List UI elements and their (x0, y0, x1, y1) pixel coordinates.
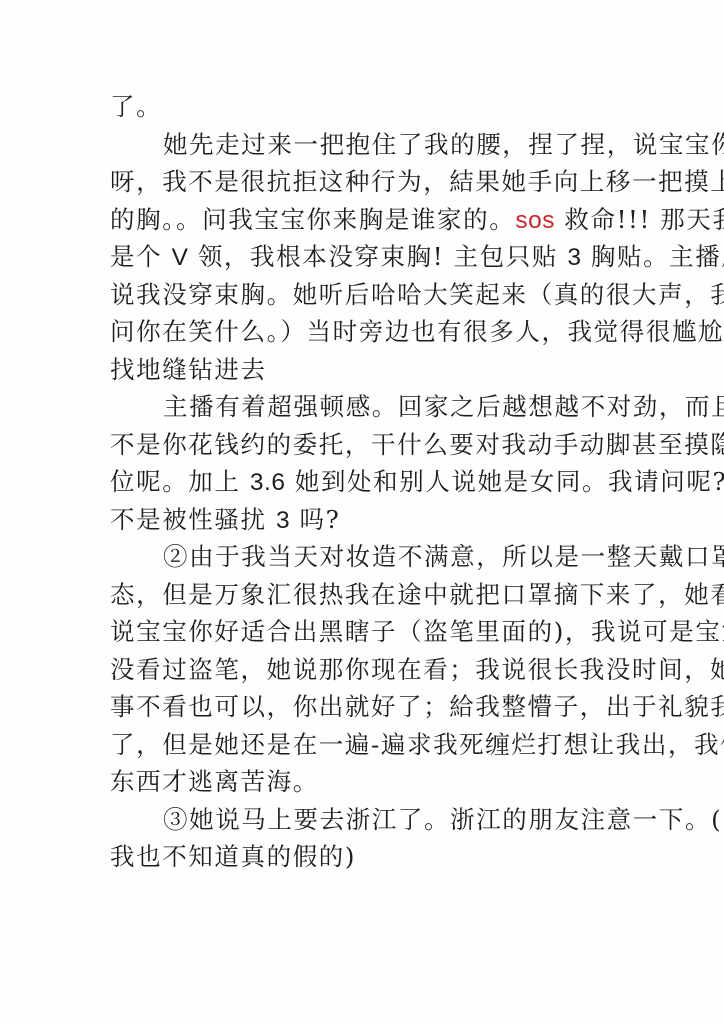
text-line: 了。 (110, 88, 614, 126)
text-segment: ②由于我当天对妆造不满意，所以是一整天戴口罩的状 (163, 542, 724, 571)
paragraph-start-line: 她先走过来一把抱住了我的腰，捏了捏，说宝宝你好瘦 (110, 126, 614, 164)
text-line: 问你在笑什么。）当时旁边也有很多人，我觉得很尴尬。想 (110, 313, 614, 351)
text-segment: 问你在笑什么。）当时旁边也有很多人，我觉得很尴尬。想 (110, 317, 724, 346)
paragraph-start-line: ③她说马上要去浙江了。浙江的朋友注意一下。(虽然 (110, 801, 614, 839)
text-segment: 的胸。。问我宝宝你来胸是谁家的。 (110, 205, 515, 234)
text-line: 没看过盗笔，她说那你现在看；我说很长我没时间，她说没 (110, 651, 614, 689)
text-segment: 领，我根本没穿束胸! 主包只贴 (188, 242, 567, 271)
text-line: 不是你花钱约的委托，干什么要对我动手动脚甚至摸隐私部 (110, 426, 614, 464)
text-line: 东西才逃离苦海。 (110, 763, 614, 801)
text-line: 找地缝钻进去 (110, 351, 614, 389)
text-segment: 东西才逃离苦海。 (110, 767, 319, 796)
text-segment: 没看过盗笔，她说那你现在看；我说很长我没时间，她说没 (110, 655, 724, 684)
text-segment: 胸贴。主播崩溃了， (582, 242, 724, 271)
text-segment: 救命!!! 那天我衣服 (555, 205, 724, 234)
text-line: 态，但是万象汇很热我在途中就把口罩摘下来了，她看到后 (110, 576, 614, 614)
text-segment: 位呢。加上 (110, 467, 250, 496)
paragraph-start-line: 主播有着超强顿感。回家之后越想越不对劲，而且我并 (110, 388, 614, 426)
text-segment: 不是被性骚扰 (110, 505, 276, 534)
text-segment: 主播有着超强顿感。回家之后越想越不对劲，而且我并 (163, 392, 724, 421)
text-segment: 吗? (290, 505, 340, 534)
text-segment: 了。 (110, 92, 162, 121)
text-segment: 说我没穿束胸。她听后哈哈大笑起来（真的很大声，我想请 (110, 280, 724, 309)
document-body: 了。她先走过来一把抱住了我的腰，捏了捏，说宝宝你好瘦呀，我不是很抗拒这种行为，結… (110, 88, 614, 876)
text-line: 说宝宝你好适合出黑瞎子（盗笔里面的)，我说可是宝宝我 (110, 613, 614, 651)
text-line: 了，但是她还是在一遍-遍求我死缠烂打想让我出，我借口拿 (110, 726, 614, 764)
text-segment: 3.6 (250, 469, 286, 496)
text-line: 事不看也可以，你出就好了；給我整懵子，出于礼貌我拒绝 (110, 688, 614, 726)
text-line: 说我没穿束胸。她听后哈哈大笑起来（真的很大声，我想请 (110, 276, 614, 314)
text-line: 我也不知道真的假的) (110, 838, 614, 876)
text-segment: 3 (276, 507, 290, 534)
text-segment: 找地缝钻进去 (110, 355, 267, 384)
text-segment: 是个 (110, 242, 172, 271)
text-line: 的胸。。问我宝宝你来胸是谁家的。sos 救命!!! 那天我衣服 (110, 201, 614, 239)
text-segment: 3 (567, 244, 581, 271)
text-segment: 呀，我不是很抗拒这种行为，結果她手向上移一把摸上主包 (110, 167, 724, 196)
text-segment: 态，但是万象汇很热我在途中就把口罩摘下来了，她看到后 (110, 580, 724, 609)
text-segment: 不是你花钱约的委托，干什么要对我动手动脚甚至摸隐私部 (110, 430, 724, 459)
text-segment: 说宝宝你好适合出黑瞎子（盗笔里面的)，我说可是宝宝我 (110, 617, 724, 646)
text-segment: 她到处和别人说她是女同。我请问呢? 那我 (285, 467, 724, 496)
text-line: 呀，我不是很抗拒这种行为，結果她手向上移一把摸上主包 (110, 163, 614, 201)
document-page: 了。她先走过来一把抱住了我的腰，捏了捏，说宝宝你好瘦呀，我不是很抗拒这种行为，結… (0, 0, 724, 1024)
text-line: 位呢。加上 3.6 她到处和别人说她是女同。我请问呢? 那我 (110, 463, 614, 501)
text-segment: V (172, 244, 189, 271)
text-segment: 了，但是她还是在一遍-遍求我死缠烂打想让我出，我借口拿 (110, 730, 724, 759)
text-line: 不是被性骚扰 3 吗? (110, 501, 614, 539)
text-segment: 她先走过来一把抱住了我的腰，捏了捏，说宝宝你好瘦 (163, 130, 724, 159)
paragraph-start-line: ②由于我当天对妆造不满意，所以是一整天戴口罩的状 (110, 538, 614, 576)
text-line: 是个 V 领，我根本没穿束胸! 主包只贴 3 胸贴。主播崩溃了， (110, 238, 614, 276)
text-segment: 我也不知道真的假的) (110, 842, 356, 871)
text-segment: ③她说马上要去浙江了。浙江的朋友注意一下。(虽然 (163, 805, 724, 834)
sos-highlight: sos (515, 207, 555, 234)
text-segment: 事不看也可以，你出就好了；給我整懵子，出于礼貌我拒绝 (110, 692, 724, 721)
